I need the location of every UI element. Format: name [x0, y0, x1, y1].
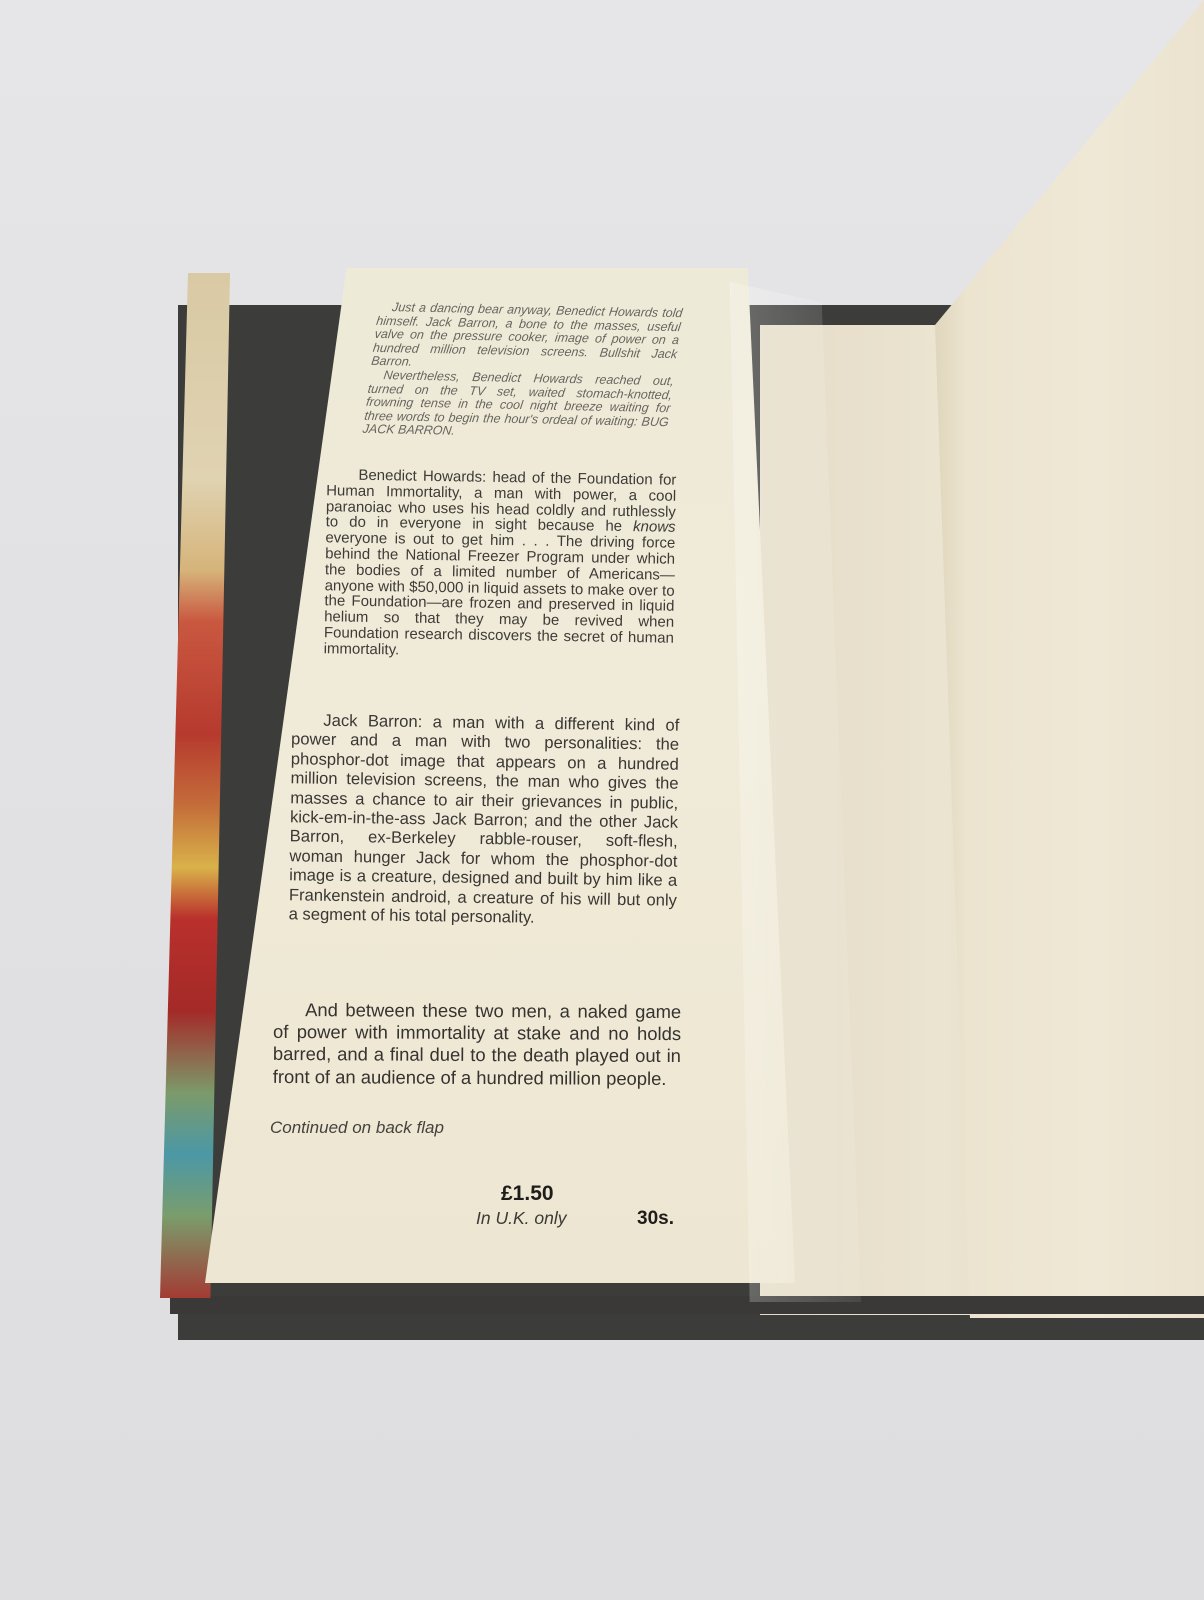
price-note: In U.K. only	[476, 1208, 566, 1229]
intro-line-1: Just a dancing bear anyway, Benedict How…	[370, 301, 683, 375]
free-endpaper-page	[935, 0, 1204, 1318]
howards-text-b: everyone is out to get him . . . The dri…	[324, 529, 676, 658]
paragraph-jack-barron: Jack Barron: a man with a different kind…	[289, 710, 680, 929]
continued-on-back-flap: Continued on back flap	[270, 1118, 444, 1138]
flap-intro-paragraph: Just a dancing bear anyway, Benedict How…	[362, 301, 683, 443]
howards-text-a: Benedict Howards: head of the Foundation…	[326, 467, 677, 536]
intro-line-2: Nevertheless, Benedict Howards reached o…	[362, 369, 675, 443]
price-shillings: 30s.	[637, 1208, 674, 1230]
board-bottom-edge	[170, 1296, 1204, 1314]
price-decimal: £1.50	[501, 1182, 554, 1206]
paragraph-benedict-howards: Benedict Howards: head of the Foundation…	[324, 467, 677, 662]
paragraph-closing: And between these two men, a naked game …	[273, 999, 681, 1090]
